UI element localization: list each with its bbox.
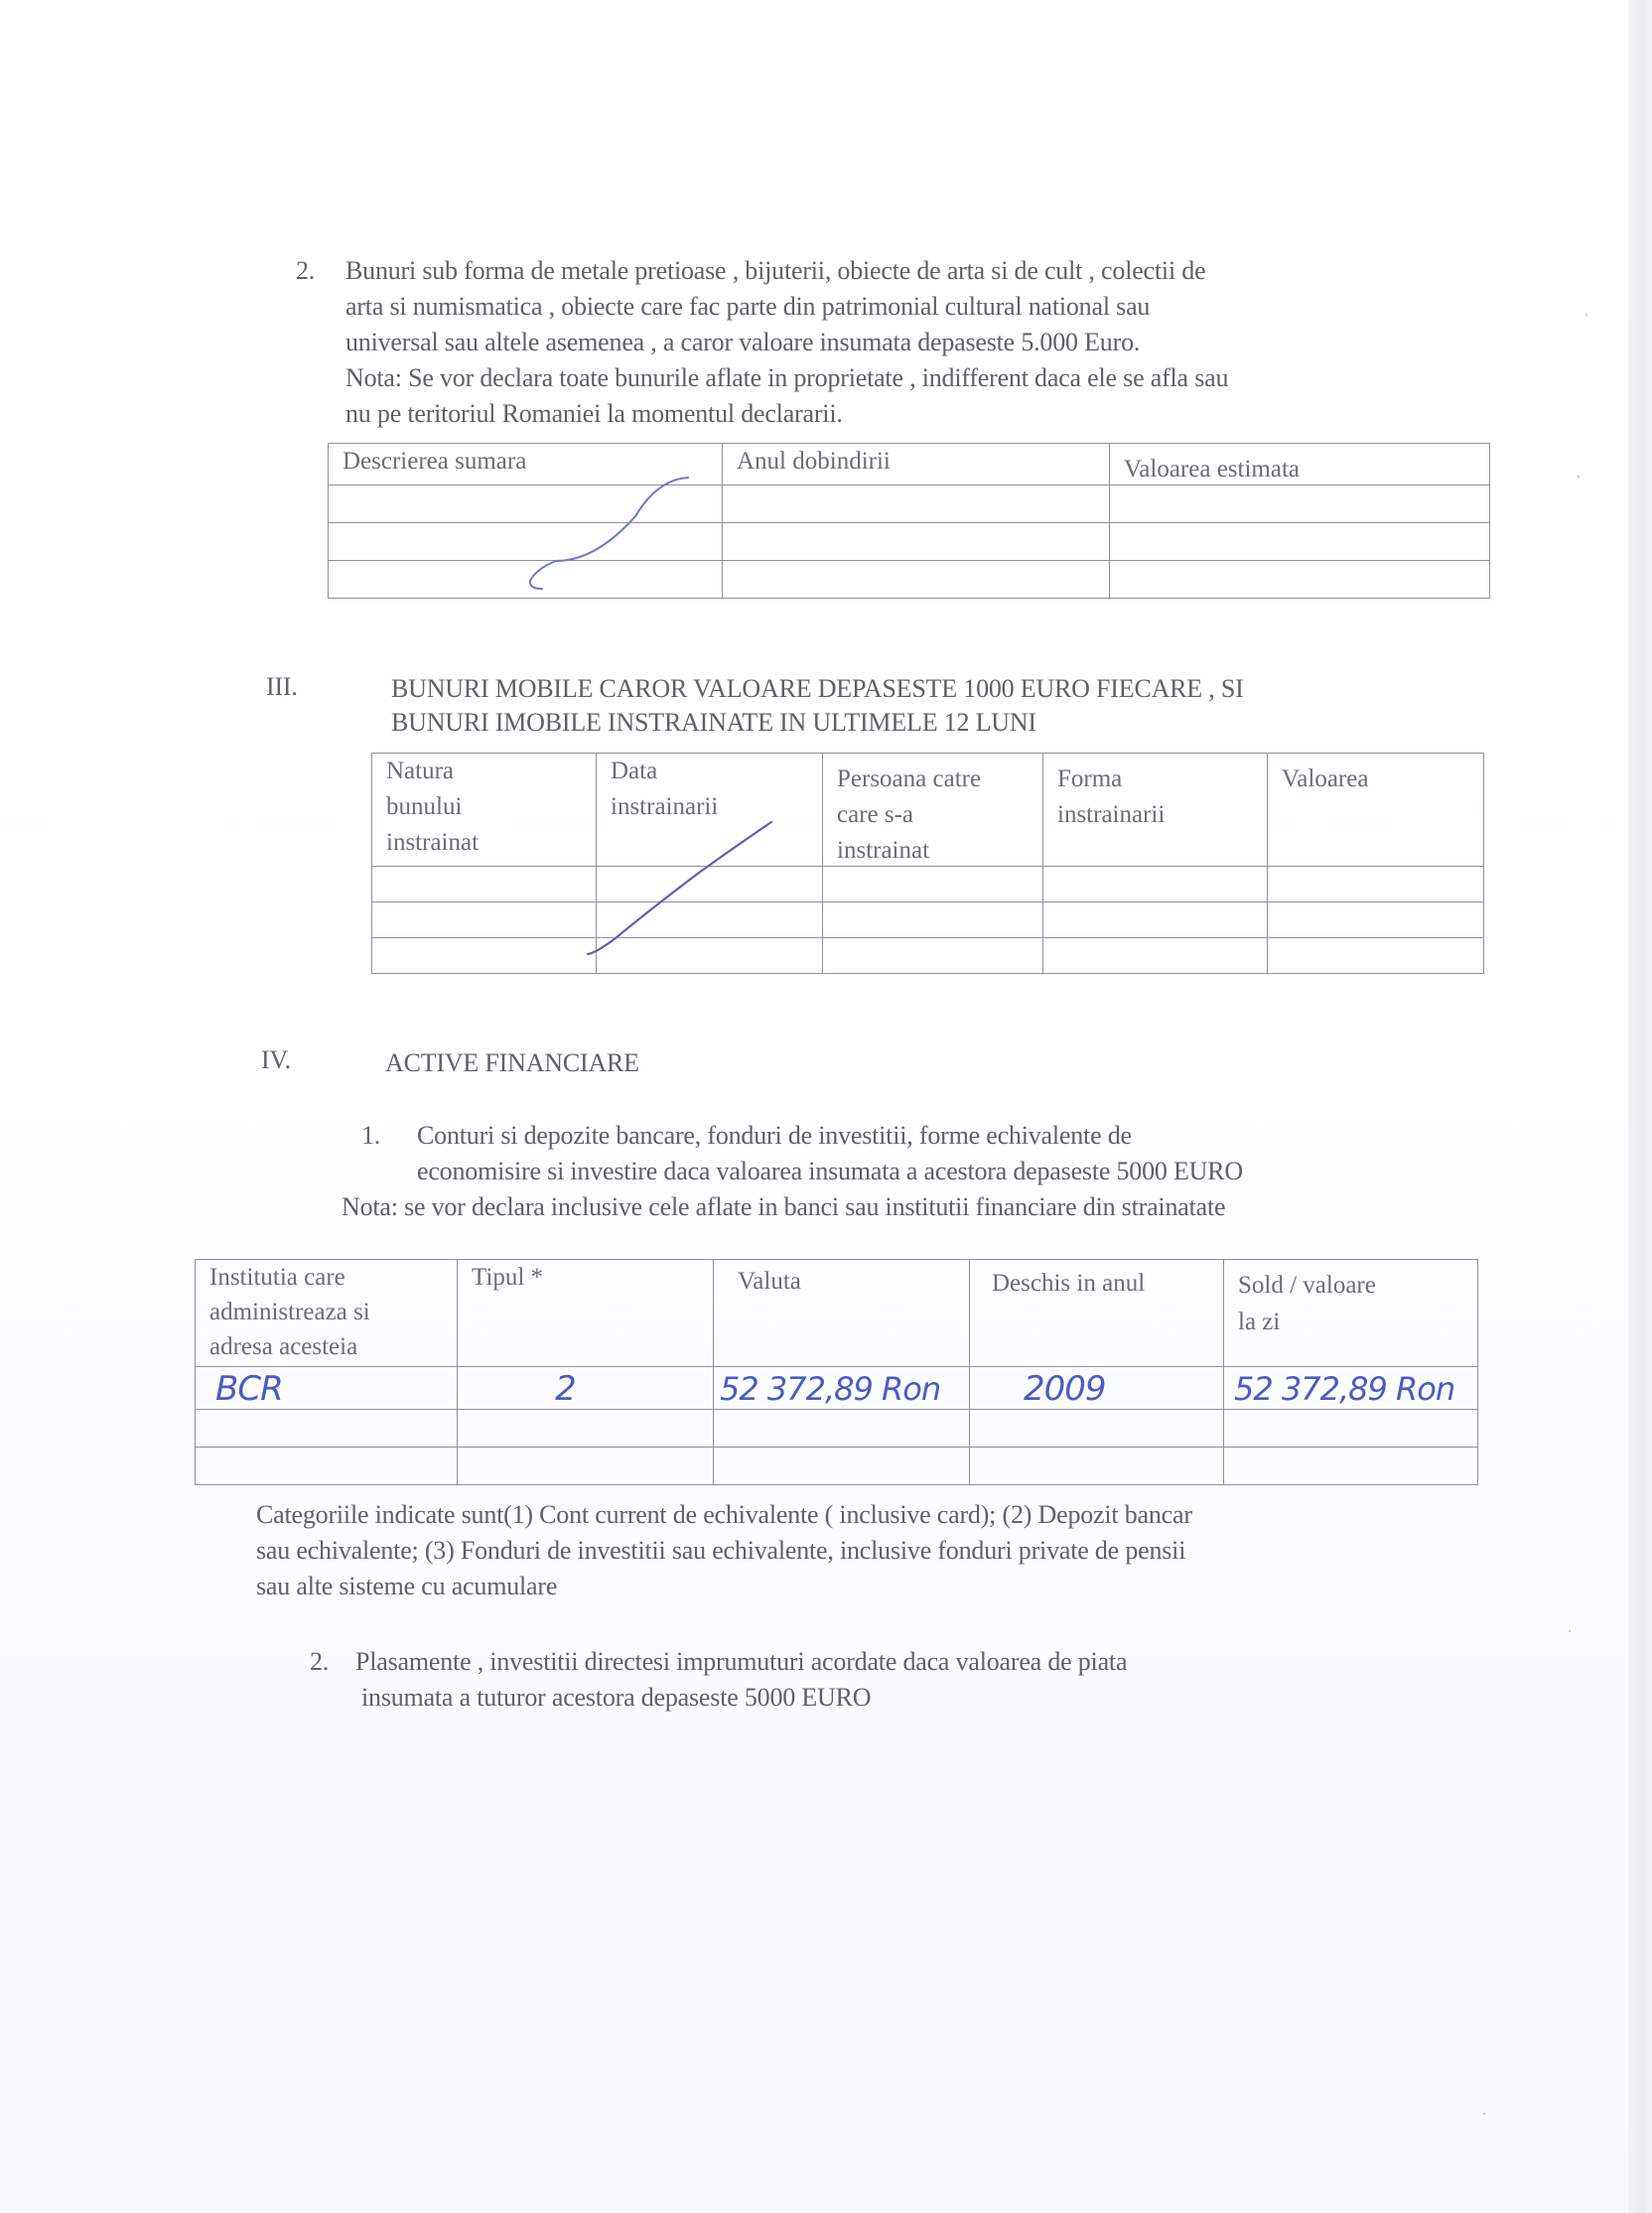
table-cell[interactable] — [458, 1448, 714, 1485]
table-row — [372, 938, 1484, 974]
scan-speck — [1483, 2113, 1485, 2115]
column-header: Natura bunului instrainat — [372, 754, 597, 867]
table-cell[interactable] — [1110, 523, 1490, 561]
column-header: Data instrainarii — [597, 754, 823, 867]
handwritten-balance: 52 372,89 Ron — [1234, 1370, 1454, 1408]
precious-goods-paragraph: Bunuri sub forma de metale pretioase , b… — [345, 253, 1537, 432]
paragraph-line: universal sau altele asemenea , a caror … — [345, 325, 1537, 360]
table-row — [196, 1410, 1478, 1448]
table-cell[interactable] — [1268, 938, 1484, 974]
table-cell[interactable] — [597, 938, 823, 974]
column-header: Tipul * — [458, 1260, 714, 1367]
column-header: Descrierea sumara — [329, 444, 723, 485]
table-row — [329, 523, 1490, 561]
table-cell[interactable] — [1268, 867, 1484, 902]
table-cell[interactable] — [329, 561, 723, 599]
table-cell[interactable] — [823, 867, 1043, 902]
table-cell[interactable] — [723, 561, 1110, 599]
header-line: adresa acesteia — [209, 1331, 443, 1362]
section-title-line: BUNURI IMOBILE INSTRAINATE IN ULTIMELE 1… — [391, 705, 1523, 741]
paragraph-line: arta si numismatica , obiecte care fac p… — [345, 289, 1537, 325]
header-line: Sold / valoare — [1238, 1270, 1463, 1301]
scan-speck — [1569, 1630, 1571, 1632]
item-number: 2. — [296, 253, 315, 289]
table-row — [372, 902, 1484, 938]
column-header: Sold / valoare la zi — [1224, 1260, 1478, 1367]
categories-note: Categoriile indicate sunt(1) Cont curren… — [256, 1497, 1507, 1604]
paragraph-line: Conturi si depozite bancare, fonduri de … — [417, 1118, 1529, 1154]
table-cell[interactable] — [970, 1410, 1224, 1448]
table-cell[interactable] — [714, 1448, 970, 1485]
table-cell[interactable] — [196, 1448, 458, 1485]
table-cell[interactable] — [1043, 902, 1268, 938]
header-line: Persoana catre — [837, 763, 1029, 794]
paragraph-line: Plasamente , investitii directesi imprum… — [355, 1644, 1467, 1680]
header-line: Valuta — [738, 1266, 955, 1297]
header-line: instrainarii — [611, 791, 808, 822]
table-cell[interactable] — [823, 938, 1043, 974]
column-header: Valuta — [714, 1260, 970, 1367]
table-cell[interactable] — [1268, 902, 1484, 938]
table-cell[interactable] — [1043, 938, 1268, 974]
bank-accounts-paragraph: Conturi si depozite bancare, fonduri de … — [417, 1118, 1529, 1189]
item-number: 1. — [361, 1118, 380, 1154]
section-iv-title: ACTIVE FINANCIARE — [385, 1045, 639, 1081]
section-roman-numeral: III. — [266, 669, 298, 705]
column-header: Valoarea estimata — [1110, 444, 1490, 485]
scan-speck — [1585, 314, 1587, 316]
table-cell[interactable]: 2 — [458, 1367, 714, 1410]
investments-paragraph: Plasamente , investitii directesi imprum… — [355, 1644, 1467, 1716]
table-cell[interactable] — [723, 485, 1110, 523]
column-header: Institutia care administreaza si adresa … — [196, 1260, 458, 1367]
header-line: Deschis in anul — [992, 1268, 1209, 1299]
handwritten-year-opened: 2009 — [1024, 1369, 1106, 1409]
header-line: Natura — [386, 756, 582, 786]
table-cell[interactable]: 2009 — [970, 1367, 1224, 1410]
table-cell[interactable] — [372, 867, 597, 902]
section-title-line: BUNURI MOBILE CAROR VALOARE DEPASESTE 10… — [391, 671, 1523, 707]
header-line: care s-a — [837, 799, 1029, 830]
note-line: sau echivalente; (3) Fonduri de investit… — [256, 1533, 1507, 1569]
scan-speck — [1578, 476, 1580, 478]
header-line: bunului — [386, 791, 582, 822]
header-line: la zi — [1238, 1307, 1463, 1337]
financial-assets-table: Institutia care administreaza si adresa … — [195, 1259, 1478, 1485]
table-cell[interactable] — [723, 523, 1110, 561]
handwritten-currency-amount: 52 372,89 Ron — [720, 1370, 940, 1408]
section-roman-numeral: IV. — [261, 1042, 291, 1078]
header-line: instrainat — [837, 835, 1029, 866]
scanner-edge — [1628, 0, 1652, 2213]
table-cell[interactable]: 52 372,89 Ron — [714, 1367, 970, 1410]
table-cell[interactable] — [1110, 485, 1490, 523]
column-header: Anul dobindirii — [723, 444, 1110, 485]
table-row — [372, 867, 1484, 902]
paragraph-line: nu pe teritoriul Romaniei la momentul de… — [345, 396, 1537, 432]
paragraph-line: insumata a tuturor acestora depaseste 50… — [355, 1680, 1467, 1716]
handwritten-institution: BCR — [215, 1369, 283, 1409]
table-cell[interactable] — [329, 523, 723, 561]
table-cell[interactable] — [1110, 561, 1490, 599]
header-line: Valoarea — [1282, 763, 1469, 794]
table-row — [329, 561, 1490, 599]
column-header: Persoana catre care s-a instrainat — [823, 754, 1043, 867]
table-cell[interactable] — [372, 938, 597, 974]
table-cell[interactable]: BCR — [196, 1367, 458, 1410]
table-cell[interactable] — [1224, 1448, 1478, 1485]
table-cell[interactable] — [372, 902, 597, 938]
table-row: BCR 2 52 372,89 Ron 2009 52 372,89 Ron — [196, 1367, 1478, 1410]
bank-accounts-note: Nota: se vor declara inclusive cele afla… — [342, 1189, 1533, 1225]
alienated-goods-table: Natura bunului instrainat Data instraina… — [371, 753, 1484, 974]
table-cell[interactable]: 52 372,89 Ron — [1224, 1367, 1478, 1410]
precious-goods-table: Descrierea sumara Anul dobindirii Valoar… — [328, 443, 1490, 599]
column-header: Valoarea — [1268, 754, 1484, 867]
column-header: Deschis in anul — [970, 1260, 1224, 1367]
table-cell[interactable] — [714, 1410, 970, 1448]
column-header: Forma instrainarii — [1043, 754, 1268, 867]
table-cell[interactable] — [1043, 867, 1268, 902]
header-line: Institutia care — [209, 1262, 443, 1293]
paragraph-line: Bunuri sub forma de metale pretioase , b… — [345, 253, 1537, 289]
table-cell[interactable] — [970, 1448, 1224, 1485]
table-cell[interactable] — [597, 902, 823, 938]
header-line: Tipul * — [472, 1262, 699, 1293]
note-line: Categoriile indicate sunt(1) Cont curren… — [256, 1497, 1507, 1533]
header-line: Data — [611, 756, 808, 786]
table-cell[interactable] — [597, 867, 823, 902]
section-iii-title: BUNURI MOBILE CAROR VALOARE DEPASESTE 10… — [391, 671, 1523, 741]
table-cell[interactable] — [1224, 1410, 1478, 1448]
handwritten-type: 2 — [555, 1369, 576, 1409]
header-line: administreaza si — [209, 1297, 443, 1327]
table-cell[interactable] — [329, 485, 723, 523]
table-cell[interactable] — [823, 902, 1043, 938]
table-cell[interactable] — [196, 1410, 458, 1448]
table-cell[interactable] — [458, 1410, 714, 1448]
header-line: Forma — [1057, 763, 1253, 794]
item-number: 2. — [310, 1644, 329, 1680]
header-line: instrainarii — [1057, 799, 1253, 830]
paragraph-line: economisire si investire daca valoarea i… — [417, 1154, 1529, 1189]
header-line: instrainat — [386, 827, 582, 858]
table-row — [196, 1448, 1478, 1485]
paragraph-line: Nota: Se vor declara toate bunurile afla… — [345, 360, 1537, 396]
table-row — [329, 485, 1490, 523]
note-line: sau alte sisteme cu acumulare — [256, 1569, 1507, 1604]
